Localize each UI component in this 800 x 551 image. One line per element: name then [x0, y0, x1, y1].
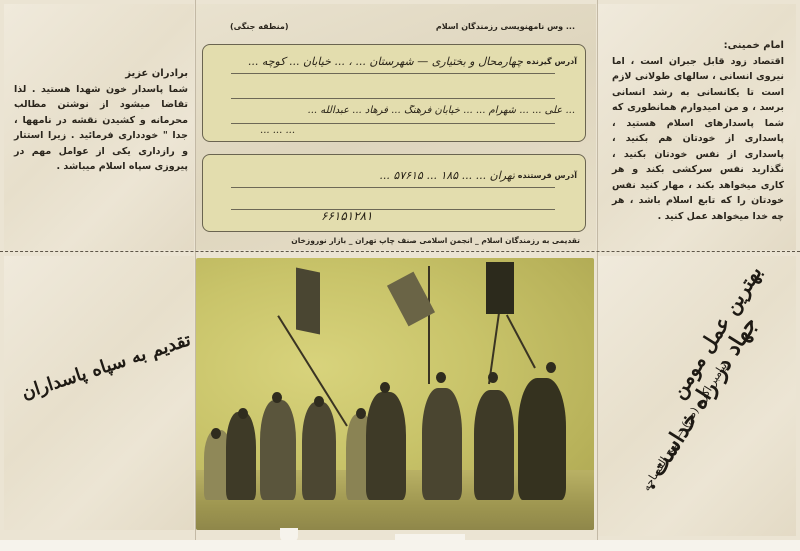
sender-line-1: تهران ... ... ۱۸۵ ... ۵۷۶۱۵ ...: [225, 169, 515, 182]
flag-pole: [506, 315, 536, 369]
quote-heading: امام خمینی:: [612, 38, 784, 54]
marching-soldiers-photo: [196, 258, 594, 530]
flag: [486, 262, 514, 314]
quote-text: اقتصاد زود قابل جبران است ، اما نیروی ان…: [612, 54, 784, 225]
soldier-figure: [422, 388, 462, 500]
address-rule: [231, 73, 555, 74]
recipient-line-2: ... علی ... ... شهرام ... ... خیابان فره…: [215, 105, 575, 116]
fold-line-right: [597, 0, 598, 540]
paper-tear: [280, 528, 298, 542]
sender-address-box: آدرس فرستنده تهران ... ... ۱۸۵ ... ۵۷۶۱۵…: [202, 154, 586, 232]
fold-line-horizontal: [0, 251, 800, 252]
letter-sheet: امام خمینی: اقتصاد زود قابل جبران است ، …: [0, 0, 800, 540]
form-header-title: ... وس نامهنویسی رزمندگان اسلام: [436, 22, 575, 31]
recipient-line-3: ... ... ...: [225, 125, 295, 136]
soldier-head: [380, 382, 390, 393]
soldier-head: [356, 408, 366, 419]
sender-line-2: ۶۶۱۵۱۲۸۱: [321, 209, 373, 223]
address-rule: [231, 123, 555, 124]
soldier-figure: [474, 390, 514, 500]
form-header: ... وس نامهنویسی رزمندگان اسلام (منطقه ج…: [230, 22, 575, 38]
recipient-line-1: چهارمحال و بختیاری — شهرستان ... ، ... خ…: [223, 55, 523, 68]
soldier-head: [314, 396, 324, 407]
flag: [296, 267, 320, 334]
flag-pole: [428, 266, 430, 384]
soldier-figure: [518, 378, 566, 500]
soldier-figure: [260, 400, 296, 500]
security-notice-block: برادران عزیز شما پاسدار خون شهدا هستید .…: [14, 66, 188, 175]
address-rule: [231, 98, 555, 99]
imam-quote-block: امام خمینی: اقتصاد زود قابل جبران است ، …: [612, 38, 784, 224]
soldier-head: [436, 372, 446, 383]
paper-tear: [395, 534, 465, 544]
soldier-head: [238, 408, 248, 419]
soldier-head: [211, 428, 221, 439]
recipient-address-box: آدرس گیرنده چهارمحال و بختیاری — شهرستان…: [202, 44, 586, 142]
notice-heading: برادران عزیز: [14, 66, 188, 82]
address-rule: [231, 187, 555, 188]
address-rule: [231, 209, 555, 210]
soldier-head: [272, 392, 282, 403]
soldier-figure: [226, 412, 256, 500]
soldier-figure: [302, 402, 336, 500]
soldier-figure: [366, 392, 406, 500]
notice-text: شما پاسدار خون شهدا هستید . لذا تقاضا می…: [14, 82, 188, 175]
print-credit-footer: تقدیمی به رزمندگان اسلام _ انجمن اسلامی …: [210, 236, 580, 245]
recipient-label: آدرس گیرنده: [526, 57, 577, 66]
form-header-zone: (منطقه جنگی): [230, 22, 289, 31]
sender-label: آدرس فرستنده: [518, 171, 577, 180]
soldier-head: [488, 372, 498, 383]
soldier-head: [546, 362, 556, 373]
